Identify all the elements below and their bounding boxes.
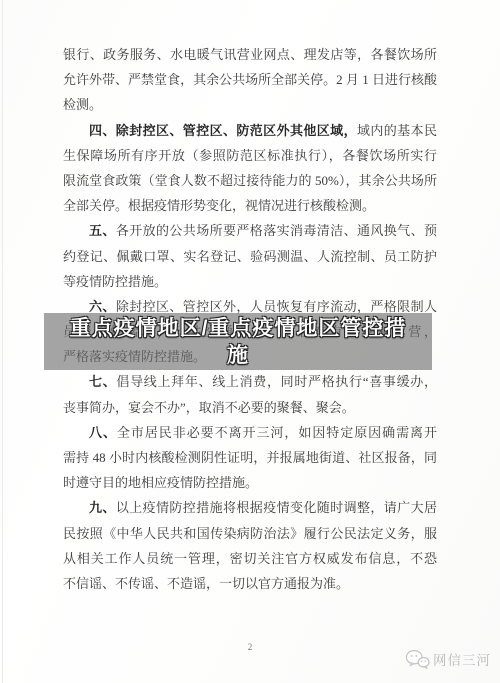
document-line: 等疫情防控措施。 — [63, 269, 437, 294]
line-text: 倡导线上拜年、线上消费，同时严格执行“喜事缓办， — [116, 374, 437, 389]
document-line: 生保障场所有序开放（参照防范区标准执行），各餐饮场所实行 — [63, 143, 437, 168]
document-line: 九、以上疫情防控措施将根据疫情变化随时调整，请广大居 — [63, 495, 437, 520]
line-text: 时遵守目的地相应疫情防控措施。 — [63, 475, 258, 490]
section-number-bold: 五、 — [89, 223, 116, 238]
line-text: 银行、政务服务、水电暖气讯营业网点、理发店等，各餐饮场所 — [63, 47, 437, 62]
overlay-title-line-1: 重点疫情地区/重点疫情地区管控措 — [44, 315, 432, 342]
section-number-bold: 四、除封控区、管控区、防范区外其他区域， — [89, 123, 357, 138]
title-overlay-band: 重点疫情地区/重点疫情地区管控措 施 — [44, 313, 432, 370]
watermark-label: 网信三河 — [433, 649, 491, 669]
line-text: 民按照《中华人民共和国传染病防治法》履行公民法定义务，服 — [63, 526, 437, 541]
line-text: 全市居民非必要不离开三河，如因特定原因确需离开的， — [63, 425, 437, 445]
document-line: 允许外带、严禁堂食，其余公共场所全部关停。2 月 1 日进行核酸 — [63, 67, 437, 92]
line-text: 各开放的公共场所要严格落实消毒清洁、通风换气、预 — [116, 223, 437, 238]
line-text: 限流堂食政策（堂食人数不超过接待能力的 50%），其余公共场所 — [63, 173, 437, 188]
line-text: 丧事简办，宴会不办”，取消不必要的聚餐、聚会。 — [63, 400, 355, 415]
line-text: 等疫情防控措施。 — [63, 274, 167, 289]
line-text: 域内的基本民 — [357, 123, 437, 138]
line-text: 生保障场所有序开放（参照防范区标准执行），各餐饮场所实行 — [63, 148, 437, 163]
document-line: 从相关工作人员统一管理，密切关注官方权威发布信息，不恐慌、 — [63, 546, 437, 571]
line-text: 不信谣、不传谣、不造谣，一切以官方通报为准。 — [63, 576, 349, 591]
section-number-bold: 七、 — [89, 374, 116, 389]
document-line: 约登记、佩戴口罩、实名登记、验码测温、人流控制、员工防护 — [63, 244, 437, 269]
document-line: 五、各开放的公共场所要严格落实消毒清洁、通风换气、预 — [63, 218, 437, 243]
document-line: 时遵守目的地相应疫情防控措施。 — [63, 470, 437, 495]
wechat-icon — [405, 649, 430, 669]
document-line: 银行、政务服务、水电暖气讯营业网点、理发店等，各餐饮场所 — [63, 42, 437, 67]
document-line: 民按照《中华人民共和国传染病防治法》履行公民法定义务，服 — [63, 521, 437, 546]
line-text: 需持 48 小时内核酸检测阴性证明，并报属地街道、社区报备，同 — [63, 450, 437, 465]
line-text: 以上疫情防控措施将根据疫情变化随时调整，请广大居 — [116, 500, 437, 515]
line-text: 除封控区、管控区外，人员恢复有序流动，严格限制人 — [116, 299, 437, 314]
document-line: 四、除封控区、管控区、防范区外其他区域，域内的基本民 — [63, 118, 437, 143]
document-line: 八、全市居民非必要不离开三河，如因特定原因确需离开的， — [63, 420, 437, 445]
document-line: 全部关停。根据疫情形势变化，视情况进行核酸检测。 — [63, 193, 437, 218]
document-line: 限流堂食政策（堂食人数不超过接待能力的 50%），其余公共场所 — [63, 168, 437, 193]
section-number-bold: 九、 — [89, 500, 116, 515]
section-number-bold: 六、 — [89, 299, 116, 314]
line-text: 检测。 — [63, 97, 102, 112]
overlay-title-line-2: 施 — [44, 342, 432, 369]
document-line: 七、倡导线上拜年、线上消费，同时严格执行“喜事缓办， — [63, 369, 437, 394]
document-line: 不信谣、不传谣、不造谣，一切以官方通报为准。 — [63, 571, 437, 596]
wechat-account-watermark: 网信三河 — [405, 649, 491, 669]
line-text: 允许外带、严禁堂食，其余公共场所全部关停。2 月 1 日进行核酸 — [63, 72, 437, 87]
document-line: 丧事简办，宴会不办”，取消不必要的聚餐、聚会。 — [63, 395, 437, 420]
document-line: 检测。 — [63, 92, 437, 117]
document-line: 需持 48 小时内核酸检测阴性证明，并报属地街道、社区报备，同 — [63, 445, 437, 470]
line-text: 从相关工作人员统一管理，密切关注官方权威发布信息，不恐慌、 — [63, 551, 437, 571]
line-text: 全部关停。根据疫情形势变化，视情况进行核酸检测。 — [63, 198, 375, 213]
page-left-edge-line — [2, 0, 3, 683]
section-number-bold: 八、 — [89, 425, 117, 440]
line-text: 约登记、佩戴口罩、实名登记、验码测温、人流控制、员工防护 — [63, 249, 437, 264]
wechat-article-image: 银行、政务服务、水电暖气讯营业网点、理发店等，各餐饮场所允许外带、严禁堂食，其余… — [0, 0, 500, 683]
